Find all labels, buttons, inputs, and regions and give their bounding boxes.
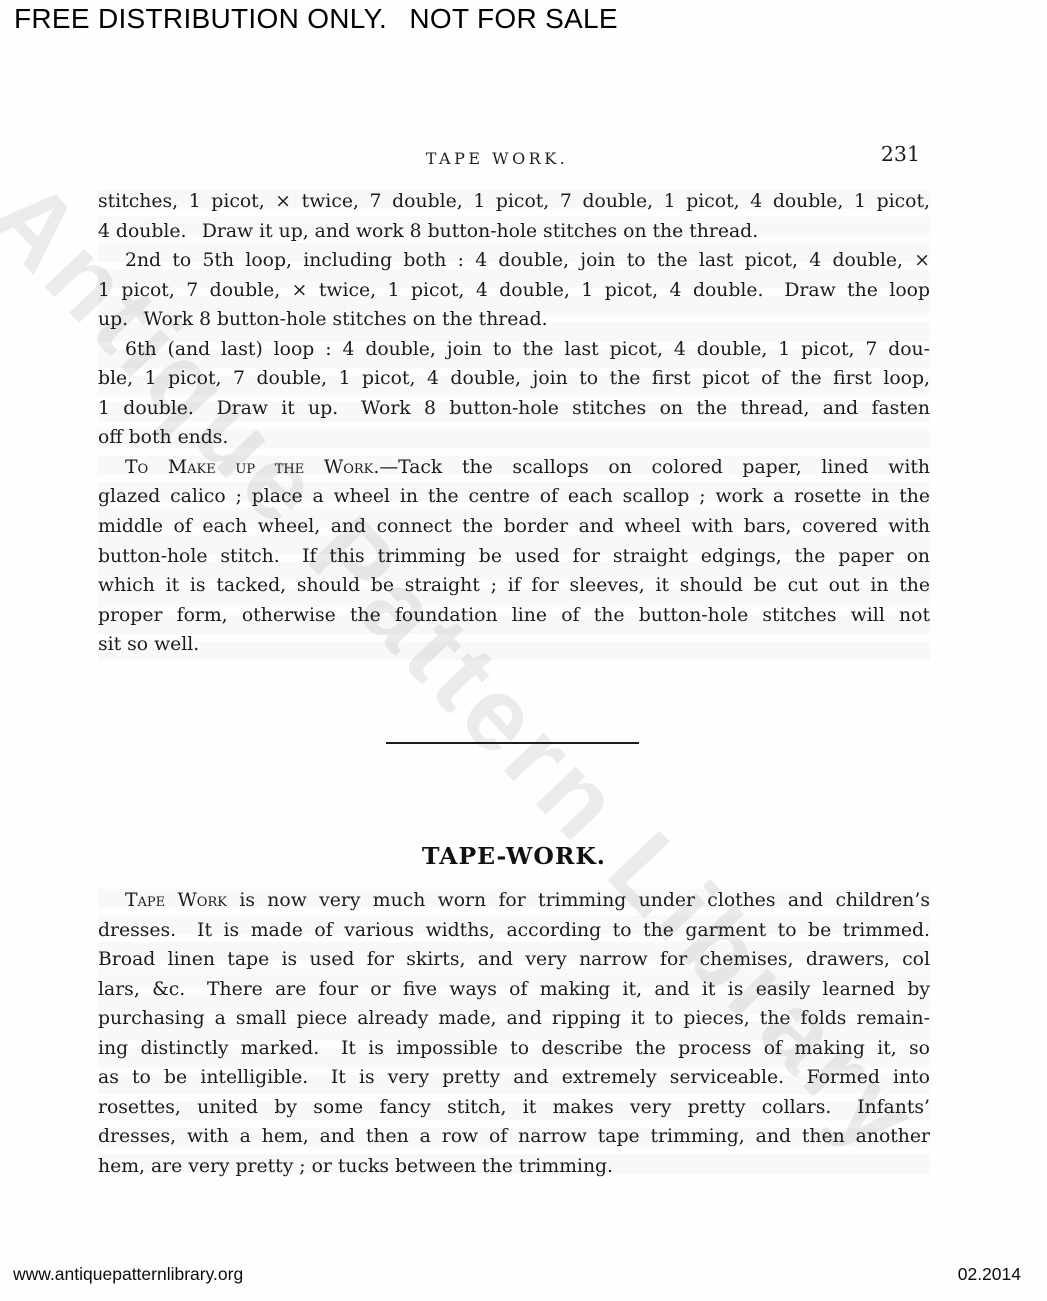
paragraph: Tape Work is now very much worn for trim… (98, 886, 930, 1181)
paragraph: 2nd to 5th loop, including both : 4 doub… (98, 246, 930, 335)
text-line: 6th (and last) loop : 4 double, join to … (98, 335, 930, 365)
body-text-top: stitches, 1 picot, × twice, 7 double, 1 … (98, 187, 930, 660)
text-line: 2nd to 5th loop, including both : 4 doub… (98, 246, 930, 276)
text-line: which it is tacked, should be straight ;… (98, 571, 930, 601)
paragraph: stitches, 1 picot, × twice, 7 double, 1 … (98, 187, 930, 246)
text-line: button-hole stitch. If this trimming be … (98, 542, 930, 572)
distribution-banner: FREE DISTRIBUTION ONLY. NOT FOR SALE (14, 3, 618, 35)
text-line: off both ends. (98, 423, 930, 453)
footer-date: 02.2014 (958, 1264, 1021, 1285)
text-line: 4 double. Draw it up, and work 8 button-… (98, 217, 930, 247)
text-line: proper form, otherwise the foundation li… (98, 601, 930, 631)
text-line: ble, 1 picot, 7 double, 1 picot, 4 doubl… (98, 364, 930, 394)
text-line: Tape Work is now very much worn for trim… (98, 886, 930, 916)
text-line: stitches, 1 picot, × twice, 7 double, 1 … (98, 187, 930, 217)
text-line: dresses. It is made of various widths, a… (98, 916, 930, 946)
small-caps-lead: Tape Work (125, 890, 227, 911)
paragraph: 6th (and last) loop : 4 double, join to … (98, 335, 930, 453)
text-line: as to be intelligible. It is very pretty… (98, 1063, 930, 1093)
section-divider-rule (386, 742, 639, 744)
text-line: rosettes, united by some fancy stitch, i… (98, 1093, 930, 1123)
paragraph: To Make up the Work.—Tack the scallops o… (98, 453, 930, 660)
scanned-book-page: Antique Pattern Library FREE DISTRIBUTIO… (0, 0, 1047, 1301)
text-line: up. Work 8 button-hole stitches on the t… (98, 305, 930, 335)
text-line: 1 double. Draw it up. Work 8 button-hole… (98, 394, 930, 424)
text-line: ing distinctly marked. It is impossible … (98, 1034, 930, 1064)
text-line: middle of each wheel, and connect the bo… (98, 512, 930, 542)
body-text-bottom: Tape Work is now very much worn for trim… (98, 886, 930, 1181)
text-line: To Make up the Work.—Tack the scallops o… (98, 453, 930, 483)
text-line: hem, are very pretty ; or tucks between … (98, 1152, 930, 1182)
text-line: dresses, with a hem, and then a row of n… (98, 1122, 930, 1152)
section-heading: TAPE-WORK. (98, 842, 930, 870)
page-number: 231 (881, 142, 920, 166)
text-line: lars, &c. There are four or five ways of… (98, 975, 930, 1005)
footer-site-url: www.antiquepatternlibrary.org (13, 1264, 243, 1285)
text-line: 1 picot, 7 double, × twice, 1 picot, 4 d… (98, 276, 930, 306)
text-line: Broad linen tape is used for skirts, and… (98, 945, 930, 975)
text-line: sit so well. (98, 630, 930, 660)
page-content: FREE DISTRIBUTION ONLY. NOT FOR SALE TAP… (0, 0, 1047, 1301)
page-header: TAPE WORK. 231 (98, 146, 930, 172)
text-line: glazed calico ; place a wheel in the cen… (98, 482, 930, 512)
text-line: purchasing a small piece already made, a… (98, 1004, 930, 1034)
running-title: TAPE WORK. (426, 149, 569, 168)
small-caps-lead: To Make up the Work. (125, 457, 379, 478)
